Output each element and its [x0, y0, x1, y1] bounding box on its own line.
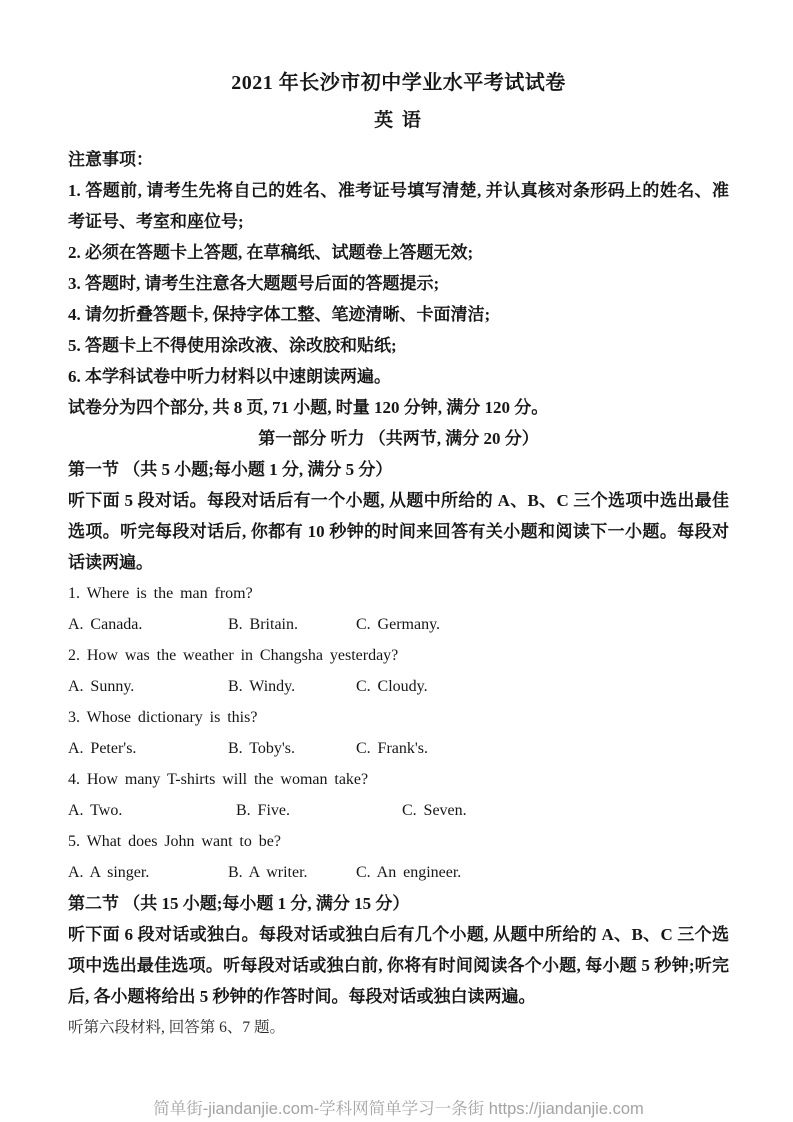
notice-item-1: 1. 答题前, 请考生先将自己的姓名、准考证号填写清楚, 并认真核对条形码上的姓… [68, 175, 729, 237]
option-a: A. Peter's. [68, 733, 228, 764]
notice-item-3: 3. 答题时, 请考生注意各大题题号后面的答题提示; [68, 268, 729, 299]
question-options: A. Peter's. B. Toby's. C. Frank's. [68, 733, 729, 764]
option-c: C. Cloudy. [356, 671, 729, 702]
exam-paper-page: 2021 年长沙市初中学业水平考试试卷 英 语 注意事项： 1. 答题前, 请考… [0, 0, 793, 1122]
question-options: A. Sunny. B. Windy. C. Cloudy. [68, 671, 729, 702]
question-block-2: 2. How was the weather in Changsha yeste… [68, 640, 729, 702]
question-block-5: 5. What does John want to be? A. A singe… [68, 826, 729, 888]
option-a: A. Canada. [68, 609, 228, 640]
question-options: A. Two. B. Five. C. Seven. [68, 795, 729, 826]
question-block-1: 1. Where is the man from? A. Canada. B. … [68, 578, 729, 640]
option-a: A. Two. [68, 795, 236, 826]
question-text: 4. How many T-shirts will the woman take… [68, 764, 729, 795]
section1-heading: 第一节 （共 5 小题;每小题 1 分, 满分 5 分） [68, 454, 729, 485]
question-text: 5. What does John want to be? [68, 826, 729, 857]
option-c: C. Seven. [402, 795, 729, 826]
option-c: C. Frank's. [356, 733, 729, 764]
question-block-4: 4. How many T-shirts will the woman take… [68, 764, 729, 826]
footer-watermark: 简单街-jiandanjie.com-学科网简单学习一条街 https://ji… [68, 1094, 729, 1122]
material-note: 听第六段材料, 回答第 6、7 题。 [68, 1012, 729, 1043]
question-text: 2. How was the weather in Changsha yeste… [68, 640, 729, 671]
question-options: A. A singer. B. A writer. C. An engineer… [68, 857, 729, 888]
notice-item-6: 6. 本学科试卷中听力材料以中速朗读两遍。 [68, 361, 729, 392]
section2-heading: 第二节 （共 15 小题;每小题 1 分, 满分 15 分） [68, 888, 729, 919]
notice-item-5: 5. 答题卡上不得使用涂改液、涂改胶和贴纸; [68, 330, 729, 361]
option-b: B. Toby's. [228, 733, 356, 764]
question-text: 1. Where is the man from? [68, 578, 729, 609]
option-c: C. Germany. [356, 609, 729, 640]
option-b: B. Five. [236, 795, 402, 826]
question-block-3: 3. Whose dictionary is this? A. Peter's.… [68, 702, 729, 764]
notice-heading: 注意事项： [68, 144, 729, 175]
option-b: B. Britain. [228, 609, 356, 640]
option-b: B. Windy. [228, 671, 356, 702]
notice-item-2: 2. 必须在答题卡上答题, 在草稿纸、试题卷上答题无效; [68, 237, 729, 268]
section1-instructions: 听下面 5 段对话。每段对话后有一个小题, 从题中所给的 A、B、C 三个选项中… [68, 485, 729, 578]
page-title: 2021 年长沙市初中学业水平考试试卷 [68, 70, 729, 96]
part1-heading: 第一部分 听力 （共两节, 满分 20 分） [68, 423, 729, 454]
question-options: A. Canada. B. Britain. C. Germany. [68, 609, 729, 640]
option-c: C. An engineer. [356, 857, 729, 888]
option-a: A. Sunny. [68, 671, 228, 702]
notice-item-4: 4. 请勿折叠答题卡, 保持字体工整、笔迹清晰、卡面清洁; [68, 299, 729, 330]
question-text: 3. Whose dictionary is this? [68, 702, 729, 733]
option-a: A. A singer. [68, 857, 228, 888]
section2-instructions: 听下面 6 段对话或独白。每段对话或独白后有几个小题, 从题中所给的 A、B、C… [68, 919, 729, 1012]
paper-summary: 试卷分为四个部分, 共 8 页, 71 小题, 时量 120 分钟, 满分 12… [68, 392, 729, 423]
option-b: B. A writer. [228, 857, 356, 888]
subject-title: 英 语 [68, 108, 729, 134]
